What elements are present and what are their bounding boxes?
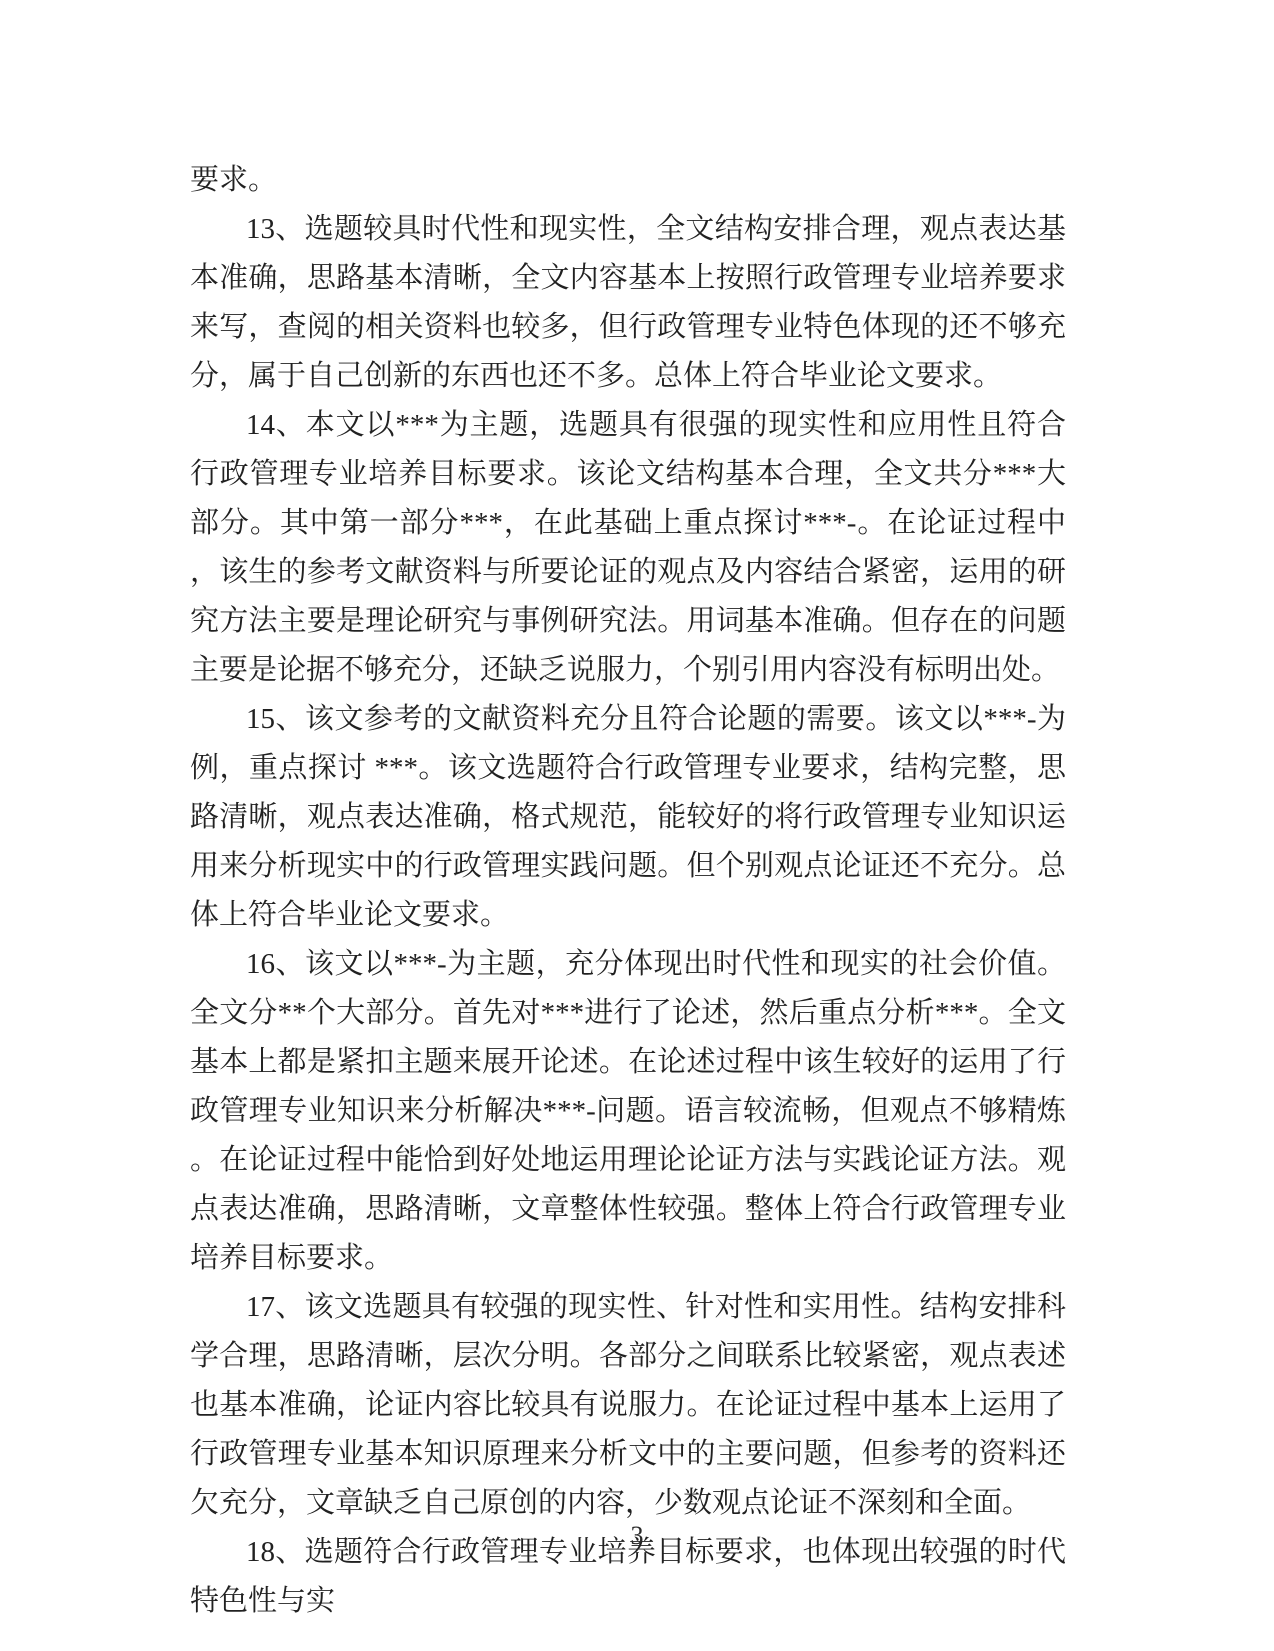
paragraph-14: 14、本文以***为主题，选题具有很强的现实性和应用性且符合行政管理专业培养目标… bbox=[190, 401, 1066, 695]
paragraph-continuation: 要求。 bbox=[190, 156, 1066, 205]
paragraph-16: 16、该文以***-为主题，充分体现出时代性和现实的社会价值。全文分**个大部分… bbox=[190, 940, 1066, 1283]
document-page: 要求。 13、选题较具时代性和现实性，全文结构安排合理，观点表达基本准确，思路基… bbox=[0, 0, 1274, 1651]
paragraph-13: 13、选题较具时代性和现实性，全文结构安排合理，观点表达基本准确，思路基本清晰，… bbox=[190, 205, 1066, 401]
page-number: 3 bbox=[0, 1520, 1274, 1552]
document-body: 要求。 13、选题较具时代性和现实性，全文结构安排合理，观点表达基本准确，思路基… bbox=[190, 156, 1066, 1626]
paragraph-15: 15、该文参考的文献资料充分且符合论题的需要。该文以***-为例，重点探讨 **… bbox=[190, 695, 1066, 940]
paragraph-17: 17、该文选题具有较强的现实性、针对性和实用性。结构安排科学合理，思路清晰，层次… bbox=[190, 1283, 1066, 1528]
